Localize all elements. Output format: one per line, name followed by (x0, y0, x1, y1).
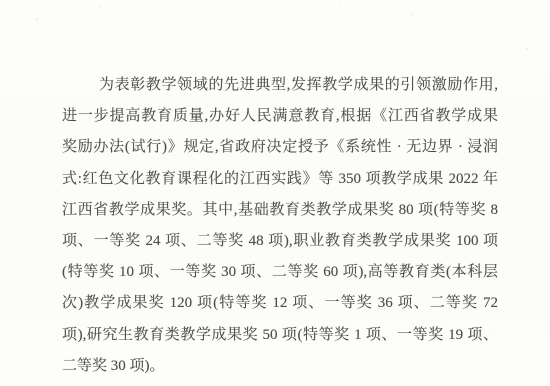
paragraph-line: (特等奖 10 项、一等奖 30 项、二等奖 60 项),高等教育类(本科层 (62, 257, 498, 288)
scan-speck (468, 152, 470, 154)
scan-speck (526, 48, 528, 50)
scan-speck (410, 14, 412, 16)
scan-speck (340, 3, 342, 5)
paragraph-line: 进一步提高教育质量,办好人民满意教育,根据《江西省教学成果 (62, 101, 498, 132)
document-page: 为表彰教学领域的先进典型,发挥教学成果的引领激励作用, 进一步提高教育质量,办好… (0, 0, 550, 386)
paragraph-line: 次)教学成果奖 120 项(特等奖 12 项、一等奖 36 项、二等奖 72 (62, 288, 498, 319)
paragraph-line: 二等奖 30 项)。 (62, 351, 498, 382)
paragraph-line: 项),研究生教育类教学成果奖 50 项(特等奖 1 项、一等奖 19 项、 (62, 320, 498, 351)
paragraph-line: 为表彰教学领域的先进典型,发挥教学成果的引领激励作用, (62, 70, 498, 101)
paragraph-line: 式:红色文化教育课程化的江西实践》等 350 项教学成果 2022 年 (62, 164, 498, 195)
scan-speck (36, 18, 38, 20)
scan-speck (12, 152, 14, 154)
paragraph-line: 奖励办法(试行)》规定,省政府决定授予《系统性 · 无边界 · 浸润 (62, 132, 498, 163)
paragraph-line: 江西省教学成果奖。其中,基础教育类教学成果奖 80 项(特等奖 8 (62, 195, 498, 226)
scan-speck (492, 332, 494, 334)
scan-speck (99, 6, 101, 8)
paragraph-line: 项、一等奖 24 项、二等奖 48 项),职业教育类教学成果奖 100 项 (62, 226, 498, 257)
notice-paragraph: 为表彰教学领域的先进典型,发挥教学成果的引领激励作用, 进一步提高教育质量,办好… (62, 70, 498, 382)
